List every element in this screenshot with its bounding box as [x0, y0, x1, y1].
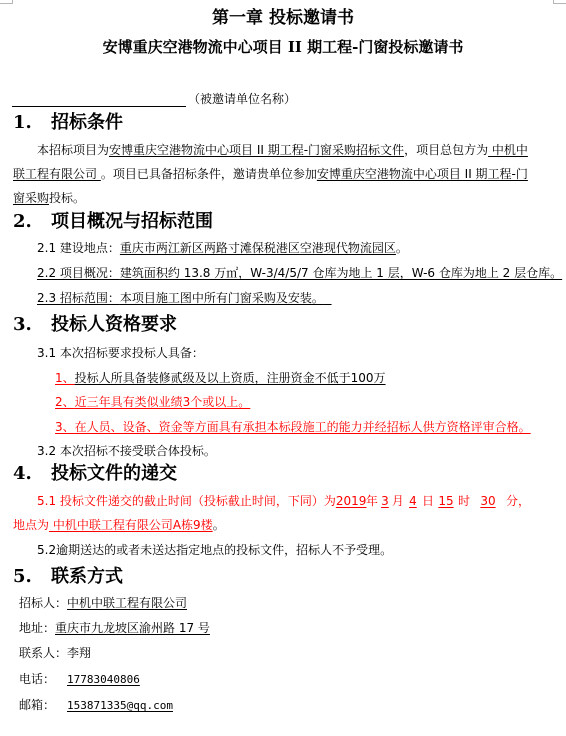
contact-value: 中机中联工程有限公司 — [67, 596, 187, 610]
late-submission-note: 5.2逾期送达的或者未送达指定地点的投标文件，招标人不予受理。 — [37, 542, 392, 558]
section-heading-2: 2.项目概况与招标范围 — [13, 210, 213, 234]
invitee-line: （被邀请单位名称） — [12, 91, 296, 107]
project-name-underlined: 安博重庆空港物流中心项目 II 期工程-门窗采购招标文件 — [109, 143, 404, 157]
item-label: 2.3 招标范围： — [37, 291, 120, 305]
contact-label: 招标人： — [19, 596, 67, 610]
item-label: 2.2 项目概况： — [37, 266, 120, 280]
deadline-place: 中机中联工程有限公司A栋9楼 — [49, 518, 213, 532]
item-label: 2.1 建设地点： — [37, 241, 120, 255]
section-heading-5: 5.联系方式 — [13, 565, 123, 589]
crop-mark-top-left — [0, 0, 13, 4]
text: 投标。 — [49, 191, 85, 205]
requirement-text: 近三年具有类似业绩3个或以上。 — [75, 395, 251, 409]
deadline-month: 3 — [378, 493, 392, 509]
text: 本招标项目为 — [37, 143, 109, 157]
section-number: 5. — [13, 565, 51, 589]
requirement-prefix: 2、 — [55, 395, 75, 409]
contact-label: 地址： — [19, 621, 55, 635]
phone-number: 17783040806 — [67, 673, 140, 686]
requirement-text: 在人员、设备、资金等方面具有承担本标段施工的能力并经招标人供方资格评审合格。 — [75, 420, 531, 434]
deadline-hour: 15 — [434, 493, 458, 509]
item-value: 建筑面积约 13.8 万㎡，W-3/4/5/7 仓库为地上 1 层，W-6 仓库… — [120, 266, 562, 280]
requirement-prefix: 1、 — [55, 371, 75, 385]
requirement-1: 1、投标人所具备装修贰级及以上资质，注册资金不低于100万 — [55, 370, 386, 386]
contractor-underlined: 联工程有限公司 — [13, 167, 101, 181]
section-1-paragraph-line-1: 本招标项目为安博重庆空港物流中心项目 II 期工程-门窗采购招标文件，项目总包方… — [37, 142, 528, 158]
deadline-place-line: 地点为 中机中联工程有限公司A栋9楼。 — [13, 517, 225, 533]
text: 。项目已具备招标条件，邀请贵单位参加 — [101, 167, 317, 181]
contact-label: 电话： — [19, 671, 67, 687]
requirement-intro: 3.1 本次招标要求投标人具备： — [37, 345, 204, 361]
place-lead: 地点为 — [13, 518, 49, 532]
item-value: 重庆市两江新区两路寸滩保税港区空港现代物流园区 — [120, 241, 396, 255]
consortium-note: 3.2 本次招标不接受联合体投标。 — [37, 443, 216, 459]
crop-mark-top-right — [553, 0, 566, 4]
email-address[interactable]: 153871335@qq.com — [67, 699, 173, 712]
item-2-2: 2.2 项目概况：建筑面积约 13.8 万㎡，W-3/4/5/7 仓库为地上 1… — [37, 265, 562, 281]
invitee-blank[interactable] — [12, 94, 186, 107]
text: 月 — [392, 494, 404, 508]
contact-value: 重庆市九龙坡区渝州路 17 号 — [55, 621, 210, 635]
chapter-title: 第一章 投标邀请书 — [0, 7, 566, 29]
contact-person: 联系人：李翔 — [19, 645, 91, 661]
contact-label: 联系人： — [19, 646, 67, 660]
document-subtitle: 安博重庆空港物流中心项目 II 期工程-门窗投标邀请书 — [0, 36, 566, 58]
section-heading-4: 4.投标文件的递交 — [13, 462, 177, 486]
section-title: 联系方式 — [51, 566, 123, 587]
project-name-underlined: 窗采购 — [13, 191, 49, 205]
text: 日 — [422, 494, 434, 508]
section-number: 3. — [13, 313, 51, 337]
deadline-day: 4 — [404, 493, 422, 509]
deadline-line: 5.1 投标文件递交的截止时间（投标截止时间，下同）为2019年3月4日15时3… — [37, 493, 530, 509]
contractor-underlined: 中机中 — [488, 143, 528, 157]
section-1-paragraph-line-2: 联工程有限公司 。项目已具备招标条件，邀请贵单位参加安博重庆空港物流中心项目 I… — [13, 166, 528, 182]
item-value: 本项目施工图中所有门窗采购及安装。 — [120, 291, 324, 305]
section-title: 招标条件 — [51, 112, 123, 133]
text: ，项目总包方为 — [404, 143, 488, 157]
section-heading-3: 3.投标人资格要求 — [13, 313, 177, 337]
requirement-prefix: 3、 — [55, 420, 75, 434]
contact-tenderer: 招标人：中机中联工程有限公司 — [19, 595, 187, 611]
text: 时 — [458, 494, 470, 508]
contact-email: 邮箱：153871335@qq.com — [19, 697, 173, 714]
document-page: 第一章 投标邀请书 安博重庆空港物流中心项目 II 期工程-门窗投标邀请书 （被… — [0, 0, 566, 736]
requirement-3: 3、在人员、设备、资金等方面具有承担本标段施工的能力并经招标人供方资格评审合格。 — [55, 419, 531, 435]
contact-value: 李翔 — [67, 646, 91, 660]
section-number: 4. — [13, 462, 51, 486]
section-title: 投标人资格要求 — [51, 314, 177, 335]
section-title: 项目概况与招标范围 — [51, 211, 213, 232]
invitee-label: （被邀请单位名称） — [188, 92, 296, 106]
section-title: 投标文件的递交 — [51, 463, 177, 484]
deadline-year: 2019 — [336, 493, 366, 509]
project-name-underlined: 安博重庆空港物流中心项目 II 期工程-门 — [317, 167, 528, 181]
text: 。 — [396, 241, 408, 255]
contact-address: 地址：重庆市九龙坡区渝州路 17 号 — [19, 620, 210, 636]
item-2-1: 2.1 建设地点：重庆市两江新区两路寸滩保税港区空港现代物流园区。 — [37, 240, 408, 256]
contact-phone: 电话：17783040806 — [19, 671, 140, 688]
requirement-text: 投标人所具备装修贰级及以上资质，注册资金不低于100万 — [75, 371, 386, 385]
section-heading-1: 1.招标条件 — [13, 111, 123, 135]
section-1-paragraph-line-3: 窗采购投标。 — [13, 190, 85, 206]
section-number: 1. — [13, 111, 51, 135]
section-number: 2. — [13, 210, 51, 234]
text: 。 — [213, 518, 225, 532]
contact-label: 邮箱： — [19, 697, 67, 713]
requirement-2: 2、近三年具有类似业绩3个或以上。 — [55, 394, 250, 410]
deadline-lead: 5.1 投标文件递交的截止时间（投标截止时间，下同）为 — [37, 494, 336, 508]
text: 分， — [506, 494, 530, 508]
item-2-3: 2.3 招标范围：本项目施工图中所有门窗采购及安装。 — [37, 290, 332, 306]
text: 年 — [366, 494, 378, 508]
deadline-minute: 30 — [470, 493, 506, 509]
